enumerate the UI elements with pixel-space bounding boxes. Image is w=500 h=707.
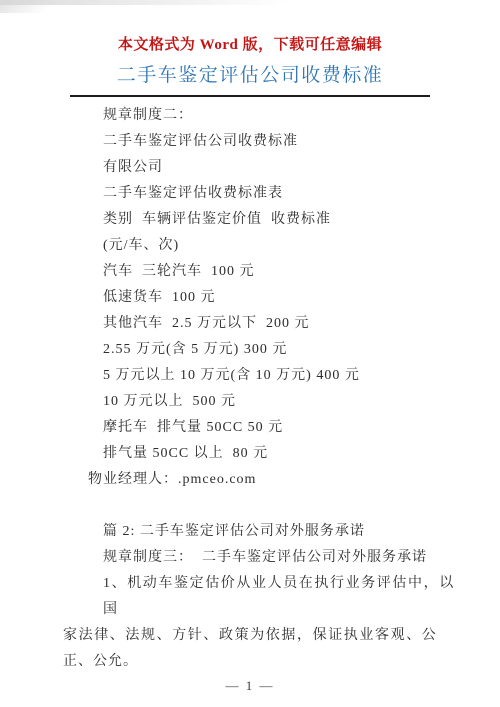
word-version-notice: 本文格式为 Word 版，下载可任意编辑 [0, 34, 500, 56]
doc-line: (元/车、次) [63, 233, 460, 259]
page-number: — 1 — [0, 677, 500, 695]
doc-line: 篇 2: 二手车鉴定评估公司对外服务承诺 [63, 519, 460, 545]
doc-line: 2.55 万元(含 5 万元) 300 元 [63, 337, 460, 363]
doc-line: 其他汽车 2.5 万元以下 200 元 [63, 311, 460, 337]
document-body: 规章制度二： 二手车鉴定评估公司收费标准 有限公司 二手车鉴定评估收费标准表 类… [0, 103, 500, 675]
doc-line: 有限公司 [63, 155, 460, 181]
doc-line: 二手车鉴定评估公司收费标准 [63, 129, 460, 155]
document-page: 本文格式为 Word 版，下载可任意编辑 二手车鉴定评估公司收费标准 规章制度二… [0, 0, 500, 707]
blank-line [63, 493, 460, 519]
doc-line: 类别 车辆评估鉴定价值 收费标准 [63, 207, 460, 233]
title-divider [70, 95, 430, 97]
doc-line: 低速货车 100 元 [63, 285, 460, 311]
doc-line: 规章制度三： 二手车鉴定评估公司对外服务承诺 [63, 545, 460, 571]
doc-line: 汽车 三轮汽车 100 元 [63, 259, 460, 285]
doc-line: 正、公允。 [63, 649, 460, 675]
doc-line: 家法律、法规、方针、政策为依据，保证执业客观、公 [63, 623, 460, 649]
doc-line: 物业经理人：.pmceo.com [63, 467, 460, 493]
doc-line: 二手车鉴定评估收费标准表 [63, 181, 460, 207]
scan-artifact [0, 0, 70, 13]
doc-line: 规章制度二： [63, 103, 460, 129]
doc-line: 5 万元以上 10 万元(含 10 万元) 400 元 [63, 363, 460, 389]
document-title: 二手车鉴定评估公司收费标准 [0, 61, 500, 91]
doc-line: 1、机动车鉴定估价从业人员在执行业务评估中，以国 [63, 571, 460, 623]
doc-line: 摩托车 排气量 50CC 50 元 [63, 415, 460, 441]
doc-line: 排气量 50CC 以上 80 元 [63, 441, 460, 467]
doc-line: 10 万元以上 500 元 [63, 389, 460, 415]
